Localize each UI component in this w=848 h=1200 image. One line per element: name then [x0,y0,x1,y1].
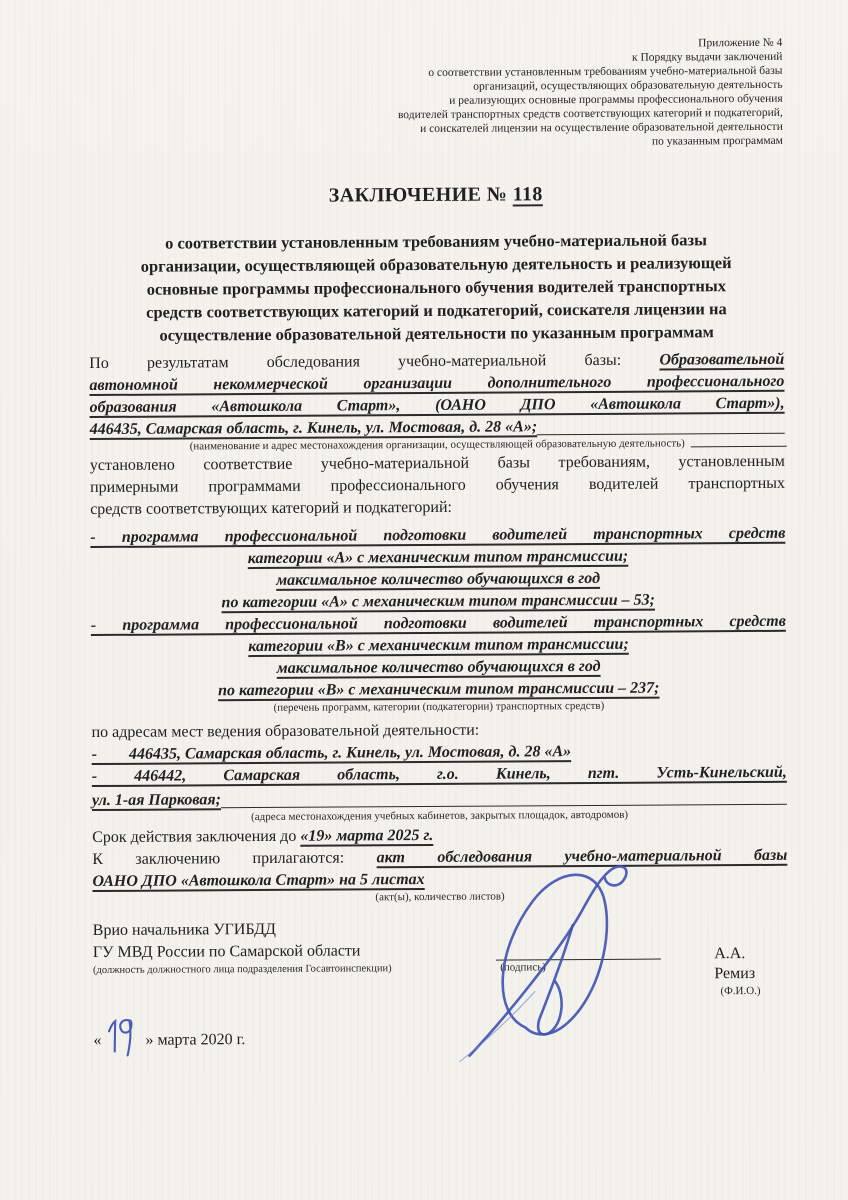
addresses-section: по адресам мест ведения образовательной … [91,718,787,825]
date-line: « » марта 2020 г. [93,1024,788,1054]
conformity-paragraph: установлено соответствие учебно-материал… [90,451,785,521]
survey-intro-text: По результатам обследования учебно-матер… [89,352,621,372]
form-caption: (подпись) [496,960,661,975]
conformity-line: примерными программами профессионального… [90,473,785,499]
date-open-quote: « [93,1029,101,1053]
annex-line: по указанным программам [88,134,783,152]
signatory-position: Врио начальника УГИБДД [93,918,454,942]
signatory-position-block: Врио начальника УГИБДД ГУ МВД России по … [93,918,455,1002]
scanned-document-page: { "page": { "paper_color": "#f4f2ed", "t… [0,0,848,1200]
program-line: - программа профессиональной подготовки … [90,523,785,549]
address-text: ул. 1-ая Парковая; [92,789,221,812]
document-body: Приложение № 4 к Порядку выдачи заключен… [0,0,848,1200]
programs-list: - программа профессиональной подготовки … [90,523,786,716]
handwritten-day [103,1012,143,1060]
title-prefix: ЗАКЛЮЧЕНИЕ № [329,183,513,206]
survey-paragraph: По результатам обследования учебно-матер… [89,349,785,454]
signature-block: Врио начальника УГИБДД ГУ МВД России по … [93,916,788,1002]
conclusion-number: 118 [513,183,543,205]
organization-address-line: 446435, Самарская область, г. Кинель, ул… [90,415,785,441]
form-rule [537,415,785,439]
conformity-line: средств соответствующих категорий и подк… [90,495,785,521]
subtitle-line: осуществление образовательной деятельнос… [89,320,784,347]
signatory-name-block: А.А. Ремиз (Ф.И.О.) [714,916,788,998]
attachments-label: К заключению прилагаются: [92,849,344,868]
form-rule [221,786,787,811]
attachments-value: акт обследования учебно-материальной баз… [377,847,788,867]
attachments-section: К заключению прилагаются: акт обследован… [92,845,787,906]
address-line: - 446442, Самарская область, г.о. Кинель… [92,762,787,788]
validity-label: Срок действия заключения до [92,828,300,846]
signatory-position: ГУ МВД России по Самарской области [93,940,454,964]
signatory-name: А.А. Ремиз [714,944,788,984]
date-rest: » марта 2020 г. [145,1028,245,1053]
validity-date: «19» марта 2025 г. [300,827,433,845]
organization-name-part: Образовательной [659,351,784,369]
document-title: ЗАКЛЮЧЕНИЕ № 118 [88,181,783,209]
form-caption: (Ф.И.О.) [714,984,788,998]
organization-address-text: 446435, Самарская область, г. Кинель, ул… [90,416,538,441]
attachments-line: К заключению прилагаются: акт обследован… [92,845,787,871]
document-subtitle: о соответствии установленным требованиям… [88,228,784,347]
address-line: ул. 1-ая Парковая; [92,786,787,812]
form-caption: (должность должностного лица подразделен… [93,962,454,978]
annex-reference-block: Приложение № 4 к Порядку выдачи заключен… [87,36,783,152]
form-rule [685,437,785,451]
program-line: - программа профессиональной подготовки … [91,611,786,637]
signature-field: (подпись) [496,917,662,1000]
spacer [90,440,190,454]
